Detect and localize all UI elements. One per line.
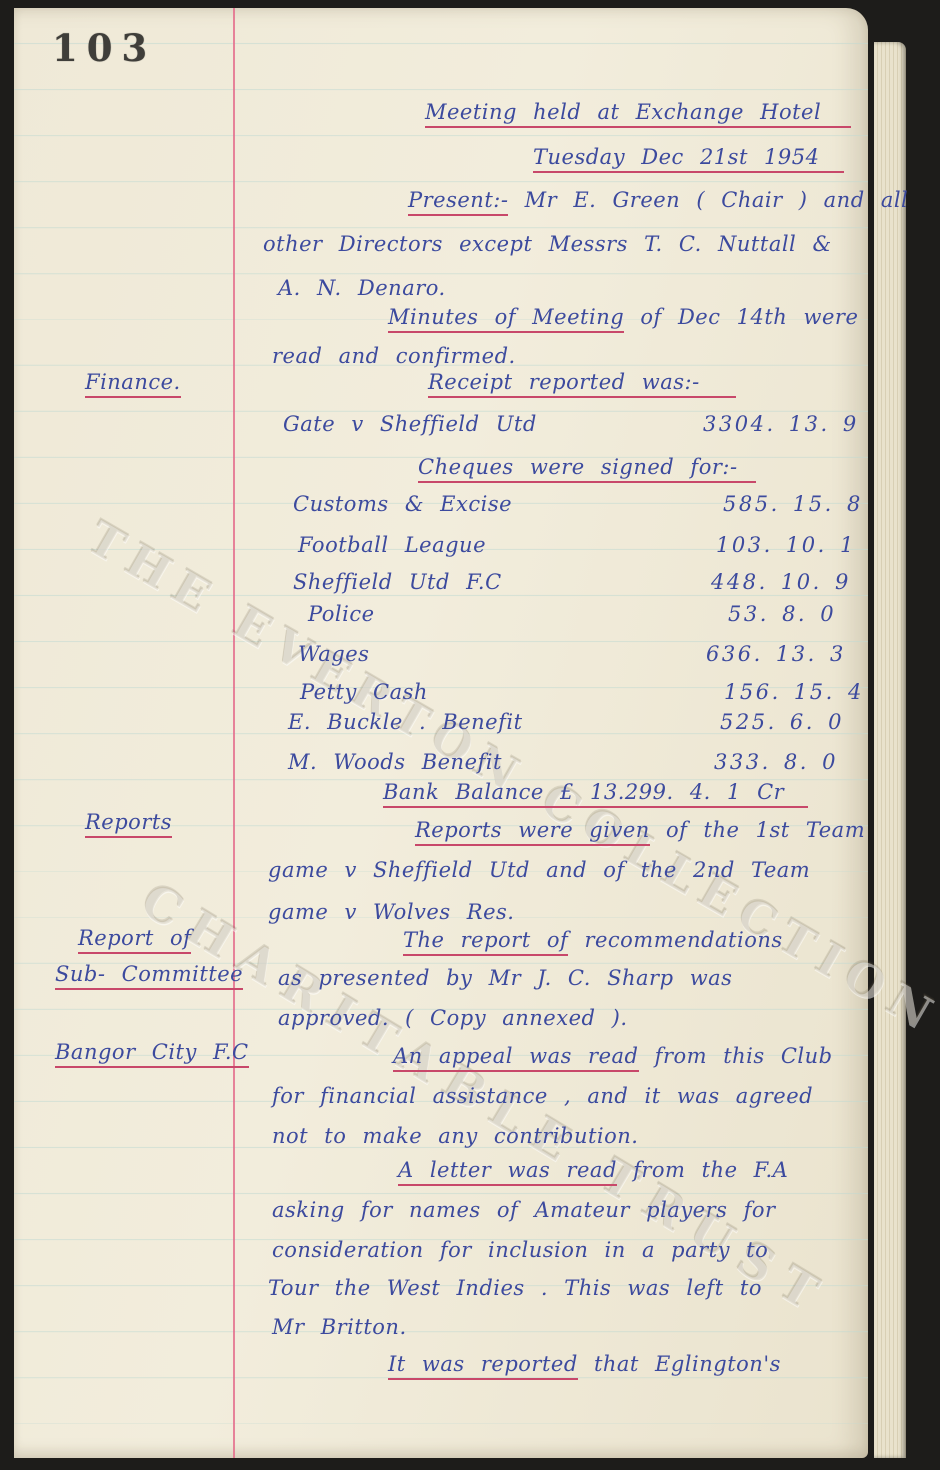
line-text: E. Buckle . Benefit (288, 710, 523, 734)
red-underlined-text: Reports were given (415, 818, 650, 846)
margin-note: Reports (85, 810, 172, 834)
amount-text: 585. 15. 8 (723, 492, 863, 516)
minute-line: Petty Cash (300, 680, 428, 704)
minute-line: Mr Britton. (272, 1315, 407, 1339)
line-text: approved. ( Copy annexed ). (278, 1006, 628, 1030)
minute-line: Bank Balance £ 13.299. 4. 1 Cr (383, 780, 808, 804)
line-text: Football League (298, 533, 486, 557)
red-underlined-text: Receipt reported was:- (428, 370, 736, 398)
line-text: Petty Cash (300, 680, 428, 704)
margin-note: Sub- Committee (55, 962, 243, 986)
minute-line: game v Sheffield Utd and of the 2nd Team (268, 858, 810, 882)
red-underlined-text: Cheques were signed for:- (418, 455, 756, 483)
minute-line: read and confirmed. (272, 344, 516, 368)
margin-note: Finance. (85, 370, 181, 394)
minute-line: other Directors except Messrs T. C. Nutt… (263, 232, 832, 256)
line-text: Customs & Excise (293, 492, 512, 516)
minute-line: Present:- Mr E. Green ( Chair ) and all (408, 188, 908, 212)
amount-text: 333. 8. 0 (714, 750, 838, 774)
amount-text: 156. 15. 4 (724, 680, 864, 704)
minute-line: Wages (298, 642, 369, 666)
minute-line: The report of recommendations (403, 928, 783, 952)
red-underlined-text: Reports (85, 810, 172, 838)
margin-note: Report of (78, 926, 191, 950)
line-text: recommendations (568, 928, 782, 952)
line-text: asking for names of Amateur players for (272, 1198, 776, 1222)
line-text: A. N. Denaro. (278, 276, 446, 300)
amount-text: 636. 13. 3 (706, 642, 846, 666)
minute-line: A. N. Denaro. (278, 276, 446, 300)
minute-line: M. Woods Benefit (288, 750, 502, 774)
minute-line: E. Buckle . Benefit (288, 710, 523, 734)
red-underlined-text: Bank Balance £ 13.299. 4. 1 Cr (383, 780, 808, 808)
line-text: Gate v Sheffield Utd (283, 412, 537, 436)
red-underlined-text: Minutes of Meeting (388, 305, 624, 333)
line-text: from the F.A (617, 1158, 788, 1182)
red-underlined-text: Report of (78, 926, 191, 954)
minute-line: Reports were given of the 1st Team (415, 818, 865, 842)
line-text: Tour the West Indies . This was left to (268, 1276, 762, 1300)
line-text: for financial assistance , and it was ag… (272, 1084, 813, 1108)
line-text: Mr E. Green ( Chair ) and all (508, 188, 908, 212)
line-text: Mr Britton. (272, 1315, 407, 1339)
minute-line: Tuesday Dec 21st 1954 (533, 145, 844, 169)
line-text: game v Wolves Res. (268, 900, 514, 924)
line-text: other Directors except Messrs T. C. Nutt… (263, 232, 832, 256)
minute-line: Police (308, 602, 375, 626)
minute-line: asking for names of Amateur players for (272, 1198, 776, 1222)
minute-line: not to make any contribution. (272, 1124, 638, 1148)
minute-line: Cheques were signed for:- (418, 455, 756, 479)
red-underlined-text: Tuesday Dec 21st 1954 (533, 145, 844, 173)
line-text: Wages (298, 642, 369, 666)
minute-line: An appeal was read from this Club (393, 1044, 833, 1068)
minute-line: Sheffield Utd F.C (293, 570, 502, 594)
minute-line: game v Wolves Res. (268, 900, 514, 924)
line-text: from this Club (639, 1044, 833, 1068)
red-underlined-text: An appeal was read (393, 1044, 639, 1072)
margin-note: Bangor City F.C (55, 1040, 249, 1064)
line-text: of Dec 14th were (624, 305, 858, 329)
line-text: of the 1st Team (650, 818, 865, 842)
minute-line: for financial assistance , and it was ag… (272, 1084, 813, 1108)
minute-line: as presented by Mr J. C. Sharp was (278, 966, 732, 990)
minute-line: Gate v Sheffield Utd (283, 412, 537, 436)
minute-line: approved. ( Copy annexed ). (278, 1006, 628, 1030)
line-text: read and confirmed. (272, 344, 516, 368)
red-underlined-text: The report of (403, 928, 568, 956)
minute-line: Football League (298, 533, 486, 557)
line-text: M. Woods Benefit (288, 750, 502, 774)
minute-line: Customs & Excise (293, 492, 512, 516)
line-text: as presented by Mr J. C. Sharp was (278, 966, 732, 990)
amount-text: 53. 8. 0 (728, 602, 836, 626)
line-text: game v Sheffield Utd and of the 2nd Team (268, 858, 810, 882)
red-underlined-text: Bangor City F.C (55, 1040, 249, 1068)
minute-line: A letter was read from the F.A (398, 1158, 788, 1182)
line-text: Sheffield Utd F.C (293, 570, 502, 594)
red-underlined-text: Present:- (408, 188, 508, 216)
red-underlined-text: Meeting held at Exchange Hotel (425, 100, 851, 128)
line-text: that Eglington's (578, 1352, 781, 1376)
minute-line: Tour the West Indies . This was left to (268, 1276, 762, 1300)
minute-line: consideration for inclusion in a party t… (272, 1238, 768, 1262)
amount-text: 448. 10. 9 (711, 570, 851, 594)
amount-text: 525. 6. 0 (720, 710, 844, 734)
minute-line: Minutes of Meeting of Dec 14th were (388, 305, 858, 329)
minute-line: Receipt reported was:- (428, 370, 736, 394)
amount-text: 3304. 13. 9 (703, 412, 859, 436)
minute-line: Meeting held at Exchange Hotel (425, 100, 851, 124)
minute-line: It was reported that Eglington's (388, 1352, 781, 1376)
line-text: Police (308, 602, 375, 626)
red-margin-line (233, 8, 235, 1458)
red-underlined-text: It was reported (388, 1352, 578, 1380)
scanned-minute-book-page: 103 THE EVERTON COLLECTION CHARITABLE TR… (0, 0, 940, 1470)
red-underlined-text: A letter was read (398, 1158, 617, 1186)
red-underlined-text: Sub- Committee (55, 962, 243, 990)
line-text: consideration for inclusion in a party t… (272, 1238, 768, 1262)
red-underlined-text: Finance. (85, 370, 181, 398)
page-stack-edge (874, 42, 906, 1458)
line-text: not to make any contribution. (272, 1124, 638, 1148)
amount-text: 103. 10. 1 (716, 533, 856, 557)
page-number-stamp: 103 (52, 26, 156, 70)
